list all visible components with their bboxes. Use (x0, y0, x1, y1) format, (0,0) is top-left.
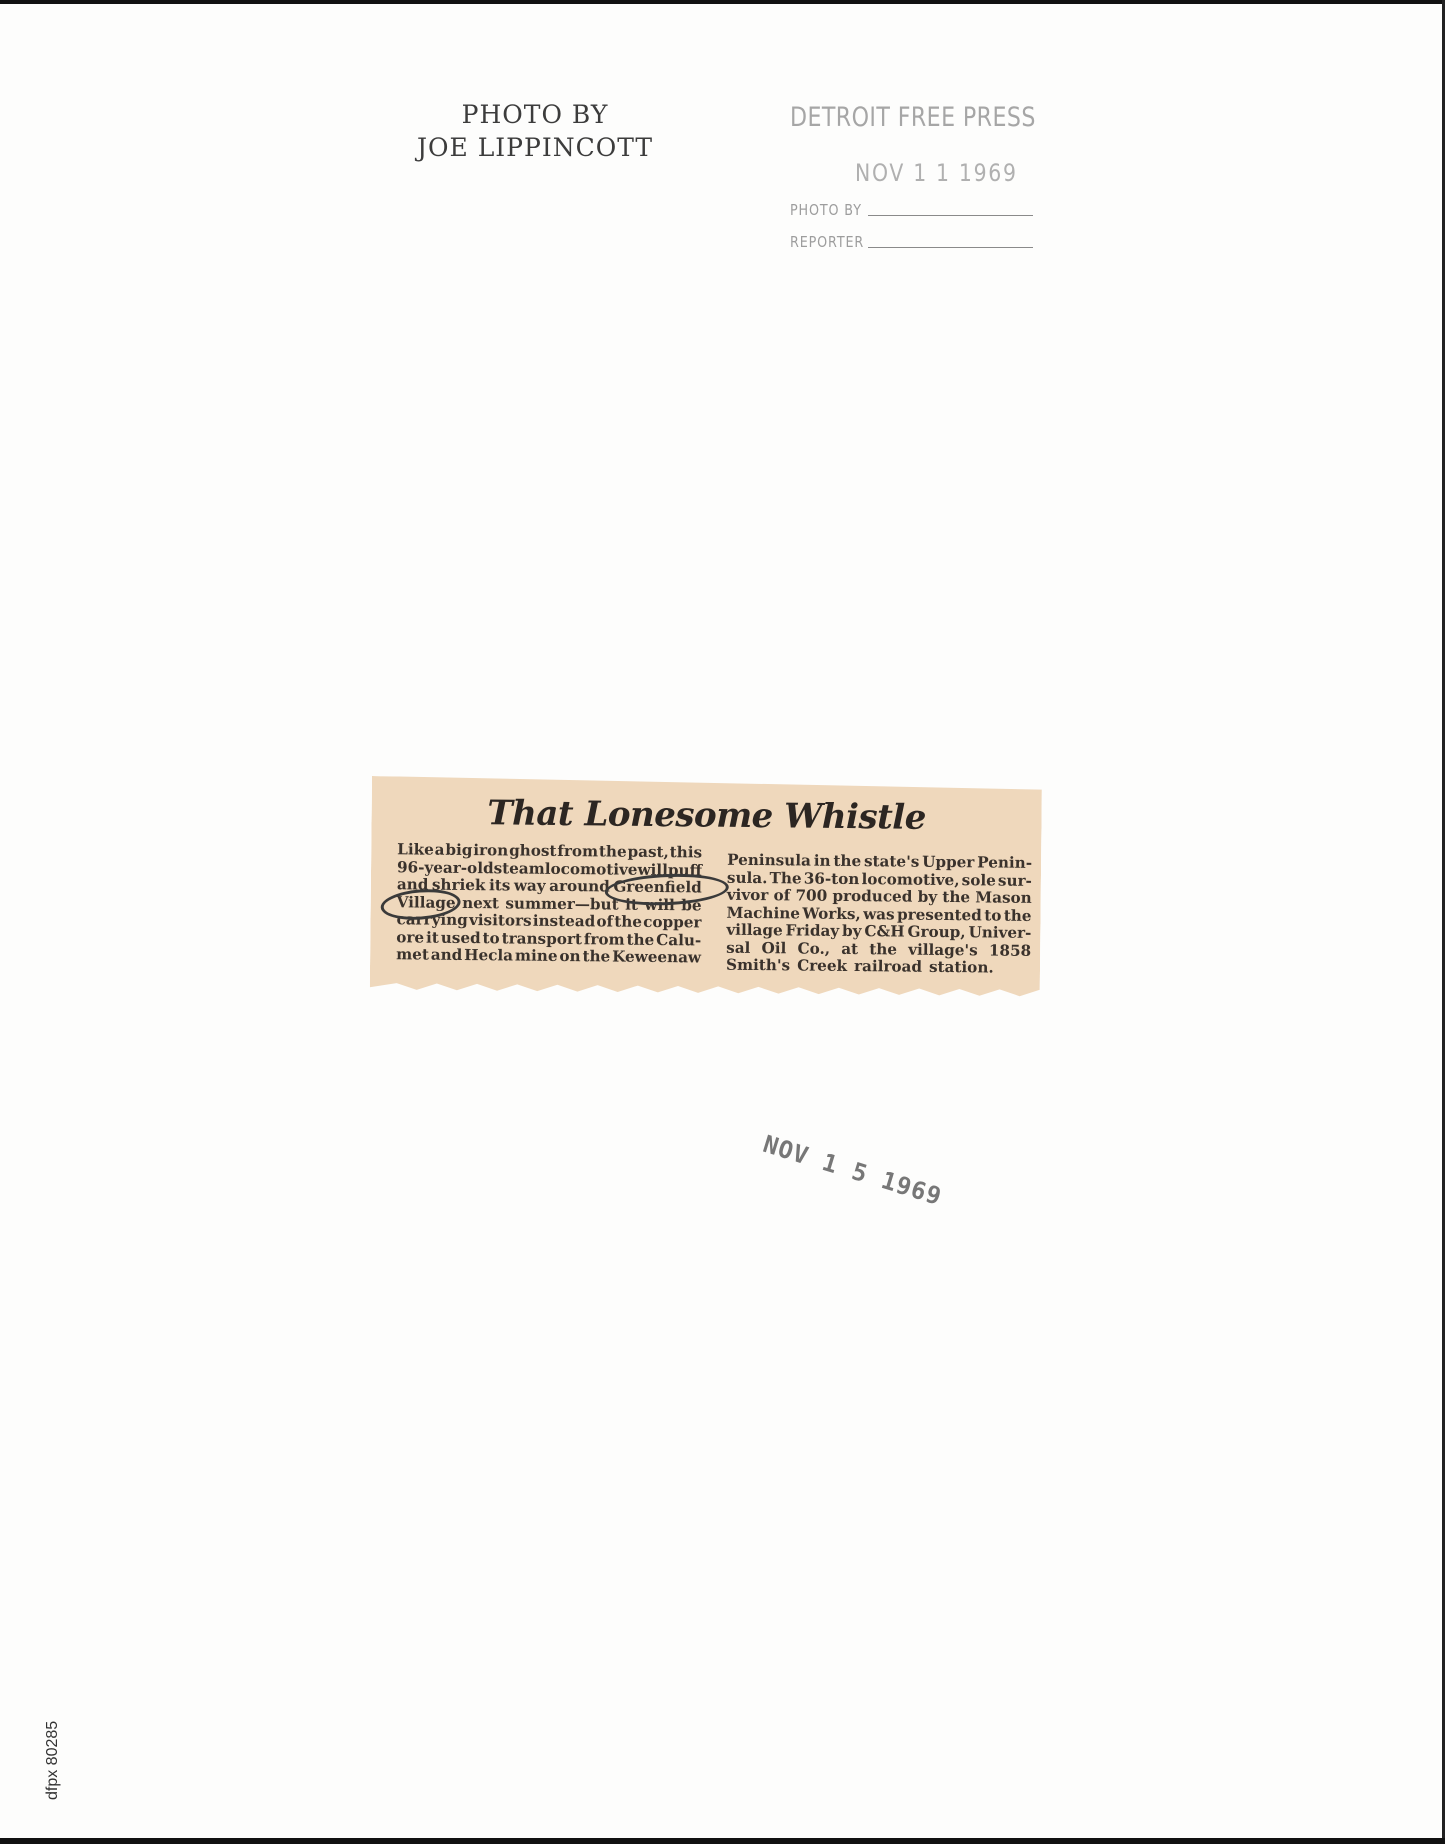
photo-by-blank (868, 215, 1033, 216)
archive-id: dfpx 80285 (44, 1721, 62, 1800)
photo-credit-line1: PHOTO BY (405, 98, 665, 131)
publication-name: DETROIT FREE PRESS (790, 102, 1011, 133)
scan-edge-top (0, 0, 1445, 4)
photographer-name: JOE LIPPINCOTT (405, 131, 665, 164)
received-date-stamp: NOV 1 5 1969 (760, 1130, 945, 1211)
newspaper-clipping: That Lonesome Whistle Likeabigironghostf… (370, 776, 1042, 1003)
clipping-line: metandHeclamineontheKeweenaw (396, 946, 701, 967)
photo-by-field: PHOTO BY (790, 201, 1060, 219)
reporter-field: REPORTER (790, 233, 1060, 251)
clipping-headline: That Lonesome Whistle (371, 792, 1041, 839)
reporter-label: REPORTER (790, 233, 858, 251)
photo-by-label: PHOTO BY (790, 201, 858, 219)
newspaper-stamp: DETROIT FREE PRESS NOV 1 1 1969 PHOTO BY… (790, 102, 1060, 251)
scan-edge-bottom (0, 1838, 1445, 1844)
photo-credit: PHOTO BY JOE LIPPINCOTT (405, 98, 665, 164)
clipping-right-column: Peninsulainthestate'sUpperPenin-sula.The… (726, 852, 1032, 978)
clipping-line: Smith'sCreekrailroadstation. (726, 957, 1031, 978)
reporter-blank (868, 247, 1033, 248)
stamp-date: NOV 1 1 1969 (855, 159, 1029, 187)
